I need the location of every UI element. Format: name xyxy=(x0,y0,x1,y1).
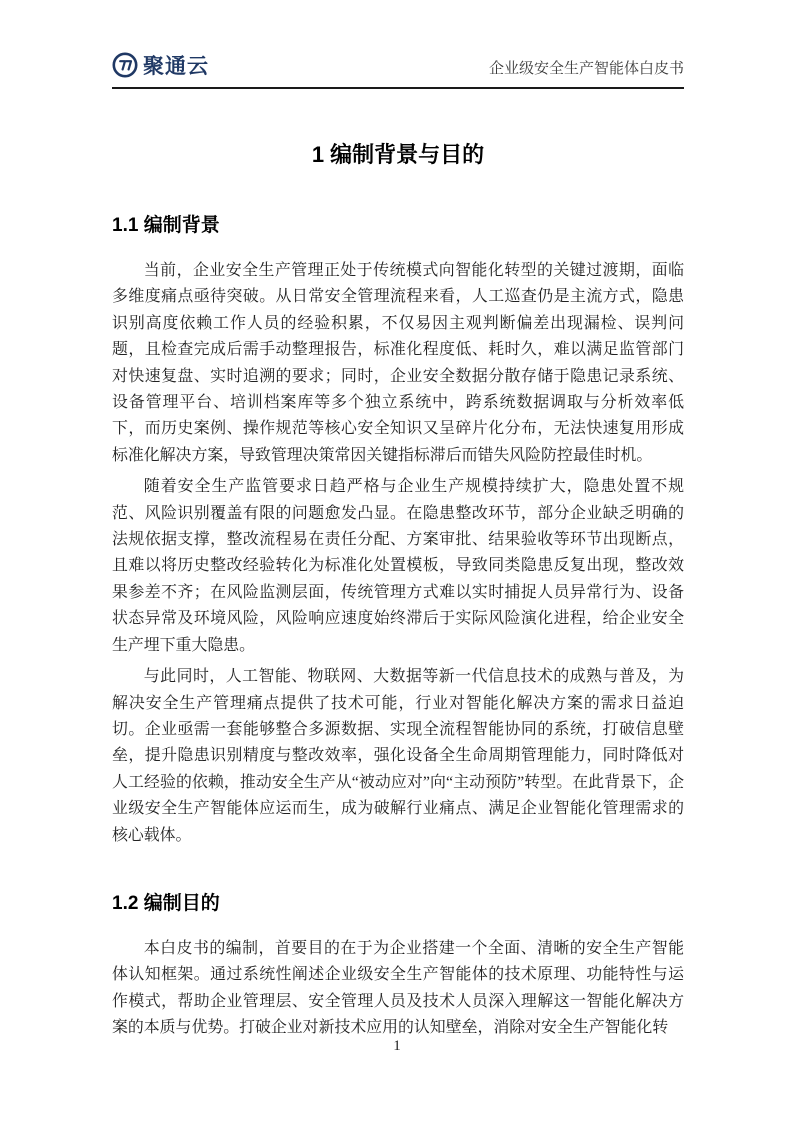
paragraph-1-1-b: 随着安全生产监管要求日趋严格与企业生产规模持续扩大，隐患处置不规范、风险识别覆盖… xyxy=(112,474,684,659)
chapter-title: 1 编制背景与目的 xyxy=(112,139,684,171)
section-heading-1-1: 1.1 编制背景 xyxy=(112,213,684,239)
section-heading-1-2: 1.2 编制目的 xyxy=(112,891,684,917)
page-footer: 1 xyxy=(0,1038,794,1055)
brand-logo: 聚通云 xyxy=(112,50,209,80)
paragraph-1-1-c: 与此同时，人工智能、物联网、大数据等新一代信息技术的成熟与普及，为解决安全生产管… xyxy=(112,664,684,849)
brand-name: 聚通云 xyxy=(143,50,209,80)
document-page: 聚通云 企业级安全生产智能体白皮书 1 编制背景与目的 1.1 编制背景 当前，… xyxy=(0,0,794,1123)
jutongyun-logo-icon xyxy=(112,52,138,78)
paragraph-1-1-a: 当前，企业安全生产管理正处于传统模式向智能化转型的关键过渡期，面临多维度痛点亟待… xyxy=(112,258,684,469)
page-number: 1 xyxy=(393,1038,401,1054)
header-document-title: 企业级安全生产智能体白皮书 xyxy=(489,57,684,80)
paragraph-1-2-a: 本白皮书的编制，首要目的在于为企业搭建一个全面、清晰的安全生产智能体认知框架。通… xyxy=(112,936,684,1042)
page-body: 1 编制背景与目的 1.1 编制背景 当前，企业安全生产管理正处于传统模式向智能… xyxy=(112,139,684,1042)
page-header: 聚通云 企业级安全生产智能体白皮书 xyxy=(112,50,684,89)
